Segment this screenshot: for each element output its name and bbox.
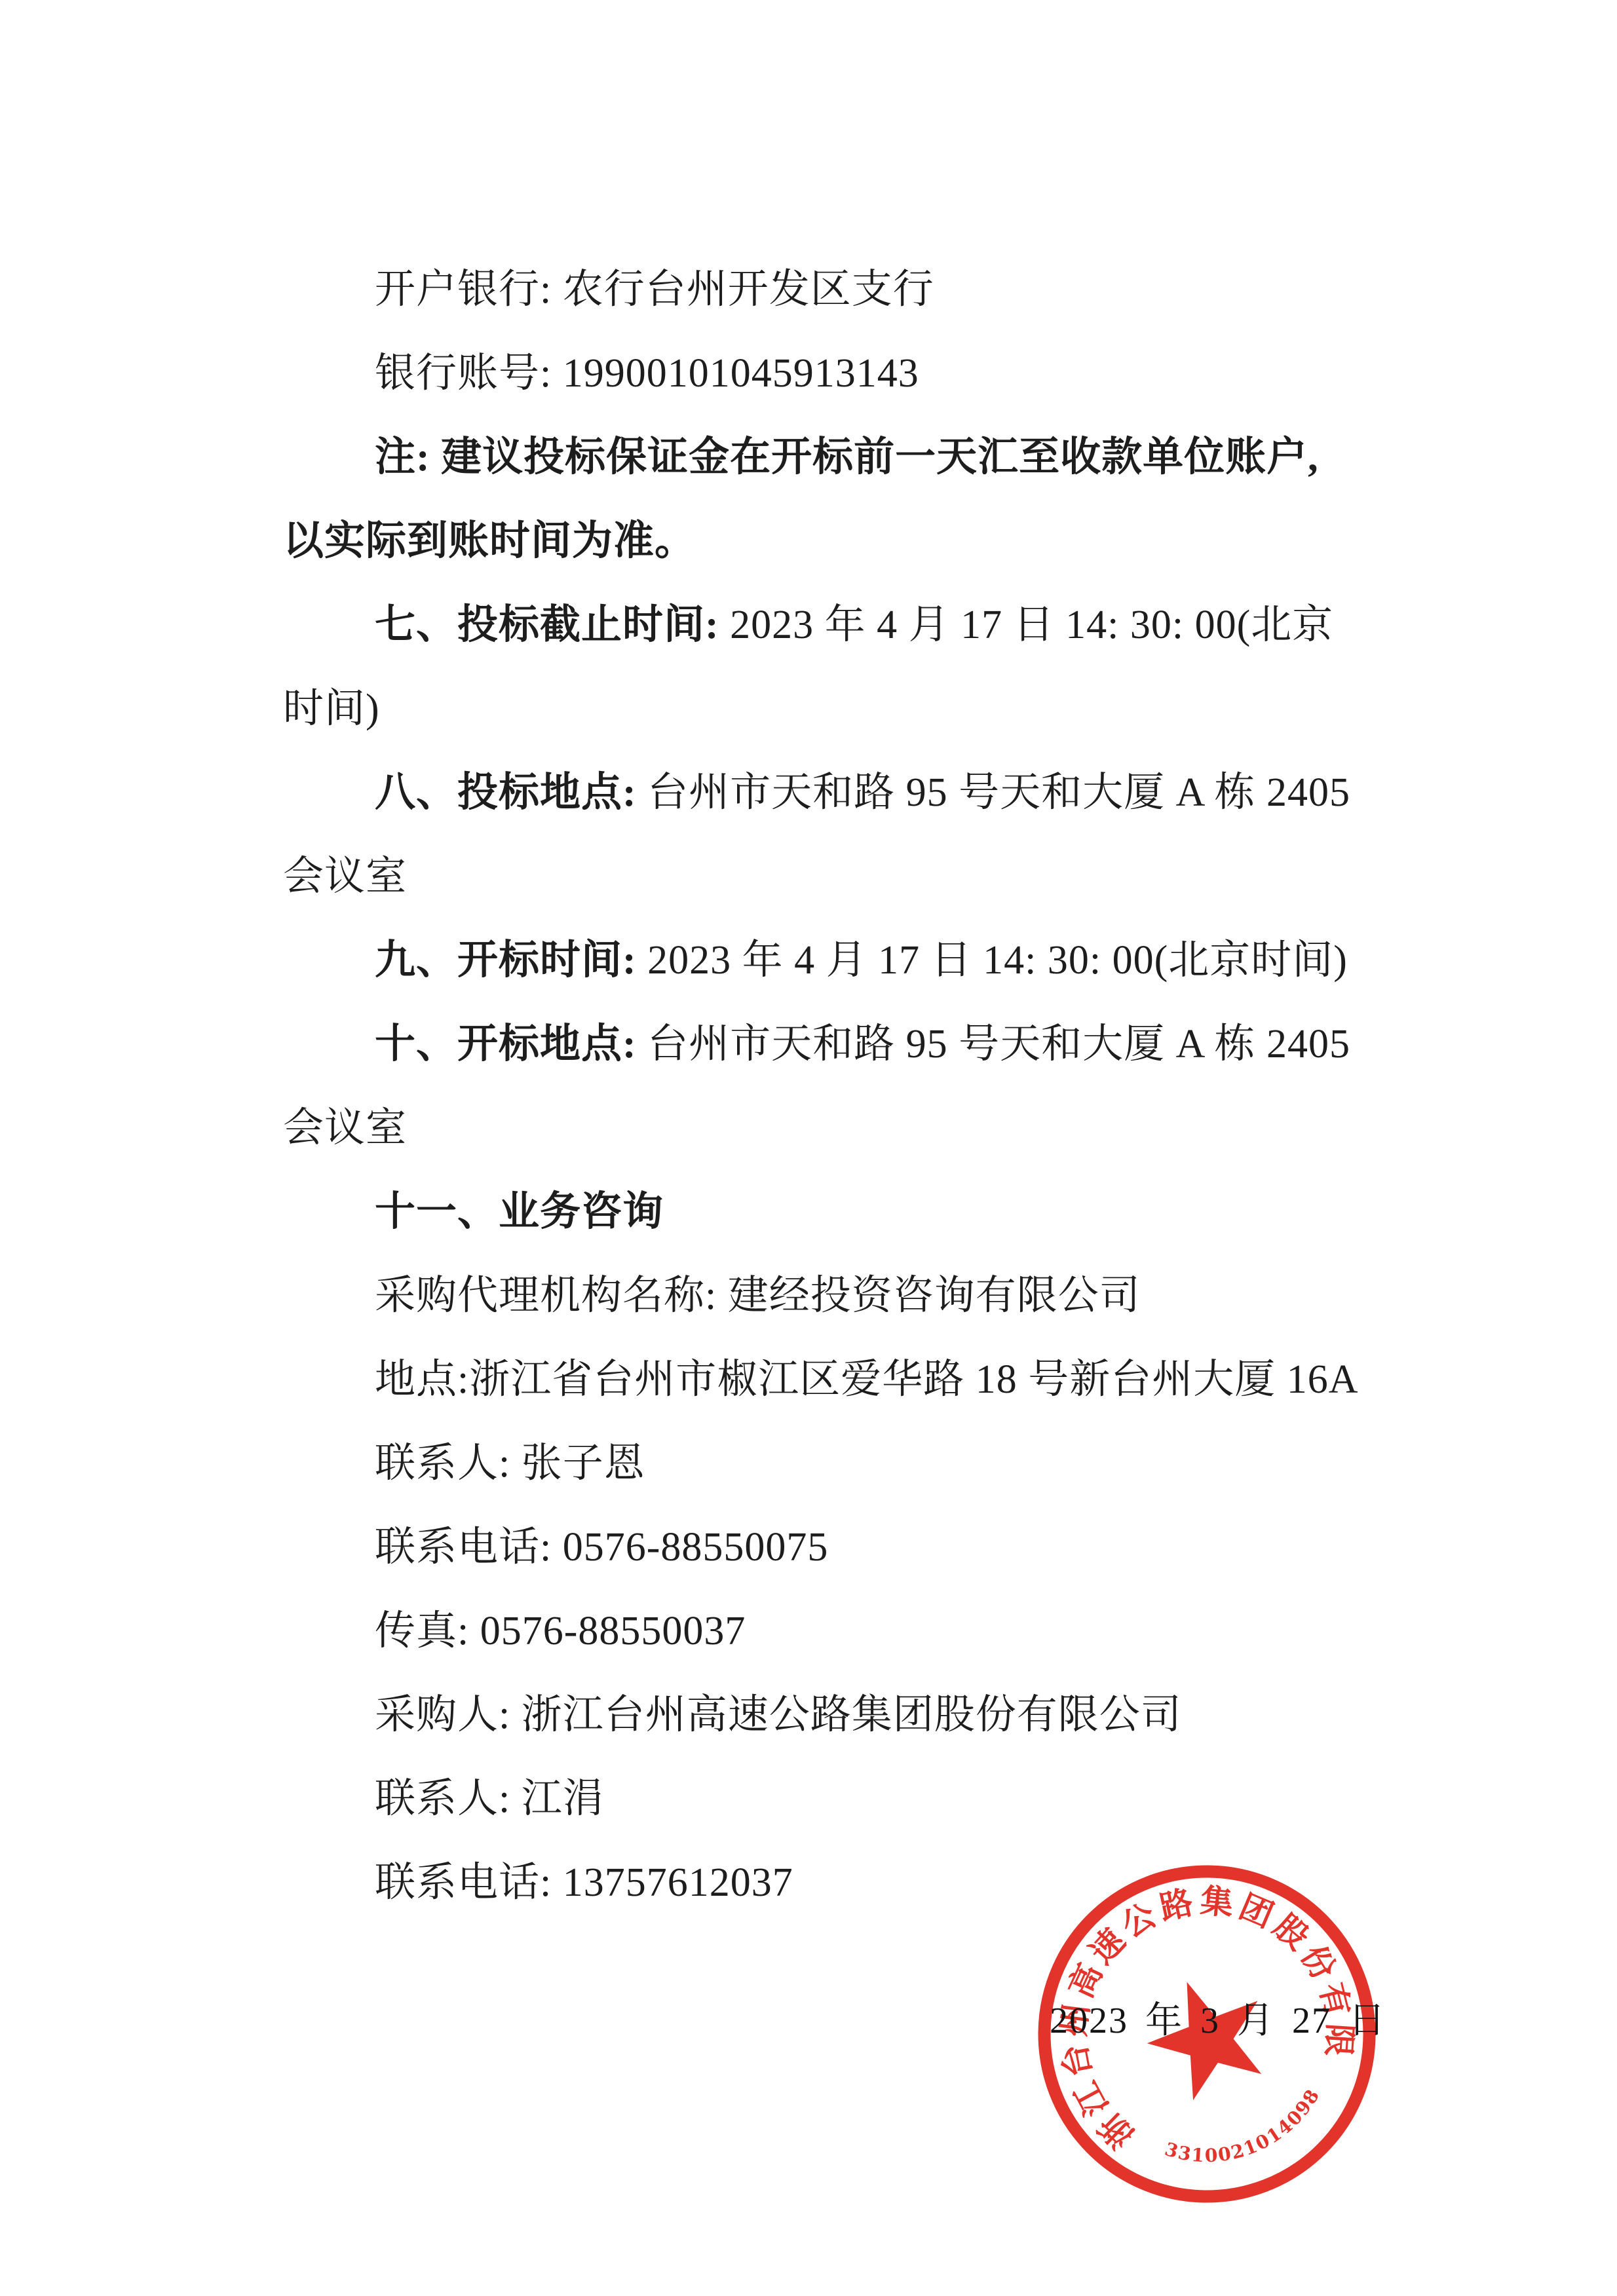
- text-line: 联系人: 江涓: [0, 1757, 1617, 1841]
- text-line: 以实际到账时间为准。: [0, 499, 1617, 583]
- line-value: 传真: 0576-88550037: [375, 1609, 746, 1653]
- text-line: 开户银行: 农行台州开发区支行: [0, 248, 1617, 331]
- line-label: 注: 建议投标保证金在开标前一天汇至收款单位账户,: [375, 435, 1319, 480]
- text-line: 银行账号: 19900101045913143: [0, 331, 1617, 415]
- line-value: 采购代理机构名称: 建经投资咨询有限公司: [375, 1273, 1141, 1318]
- line-value: 采购人: 浙江台州高速公路集团股份有限公司: [375, 1693, 1182, 1737]
- line-value: 会议室: [283, 854, 407, 899]
- line-value: 会议室: [283, 1106, 407, 1150]
- line-value: 台州市天和路 95 号天和大厦 A 栋 2405: [647, 1022, 1350, 1066]
- text-line: 会议室: [0, 1086, 1617, 1170]
- text-line: 传真: 0576-88550037: [0, 1589, 1617, 1673]
- text-line: 联系电话: 0576-88550075: [0, 1505, 1617, 1589]
- text-line: 地点:浙江省台州市椒江区爱华路 18 号新台州大厦 16A: [0, 1338, 1617, 1421]
- line-label: 十、开标地点:: [375, 1022, 647, 1066]
- document-page: 开户银行: 农行台州开发区支行 银行账号: 19900101045913143 …: [0, 0, 1617, 2296]
- line-value: 2023 年 4 月 17 日 14: 30: 00(北京时间): [647, 938, 1348, 983]
- text-line: 采购人: 浙江台州高速公路集团股份有限公司: [0, 1673, 1617, 1757]
- line-value: 联系电话: 13757612037: [375, 1860, 793, 1905]
- text-line: 七、投标截止时间: 2023 年 4 月 17 日 14: 30: 00(北京: [0, 583, 1617, 667]
- line-label: 十一、业务咨询: [375, 1190, 664, 1234]
- line-value: 台州市天和路 95 号天和大厦 A 栋 2405: [647, 770, 1350, 815]
- issue-date: 2023 年 3 月 27 日: [1050, 1997, 1386, 2045]
- text-line: 注: 建议投标保证金在开标前一天汇至收款单位账户,: [0, 415, 1617, 499]
- text-line: 十一、业务咨询: [0, 1170, 1617, 1254]
- text-line: 八、投标地点: 台州市天和路 95 号天和大厦 A 栋 2405: [0, 751, 1617, 835]
- text-line: 联系人: 张子恩: [0, 1421, 1617, 1505]
- line-value: 联系人: 江涓: [375, 1777, 604, 1821]
- line-label: 九、开标时间:: [375, 938, 647, 983]
- line-value: 时间): [283, 687, 380, 731]
- line-value: 开户银行: 农行台州开发区支行: [375, 267, 934, 312]
- document-body: 开户银行: 农行台州开发区支行 银行账号: 19900101045913143 …: [0, 248, 1617, 1925]
- line-value: 银行账号: 19900101045913143: [375, 351, 919, 396]
- text-line: 时间): [0, 667, 1617, 751]
- line-value: 联系人: 张子恩: [375, 1441, 645, 1486]
- text-line: 会议室: [0, 835, 1617, 918]
- text-line: 九、开标时间: 2023 年 4 月 17 日 14: 30: 00(北京时间): [0, 918, 1617, 1002]
- text-line: 十、开标地点: 台州市天和路 95 号天和大厦 A 栋 2405: [0, 1002, 1617, 1086]
- line-value: 联系电话: 0576-88550075: [375, 1525, 828, 1570]
- text-line: 采购代理机构名称: 建经投资咨询有限公司: [0, 1254, 1617, 1338]
- line-label: 以实际到账时间为准。: [283, 519, 696, 563]
- text-line: 联系电话: 13757612037: [0, 1841, 1617, 1925]
- line-value: 地点:浙江省台州市椒江区爱华路 18 号新台州大厦 16A: [375, 1357, 1359, 1402]
- line-label: 八、投标地点:: [375, 770, 647, 815]
- line-value: 2023 年 4 月 17 日 14: 30: 00(北京: [730, 603, 1333, 647]
- line-label: 七、投标截止时间:: [375, 603, 730, 647]
